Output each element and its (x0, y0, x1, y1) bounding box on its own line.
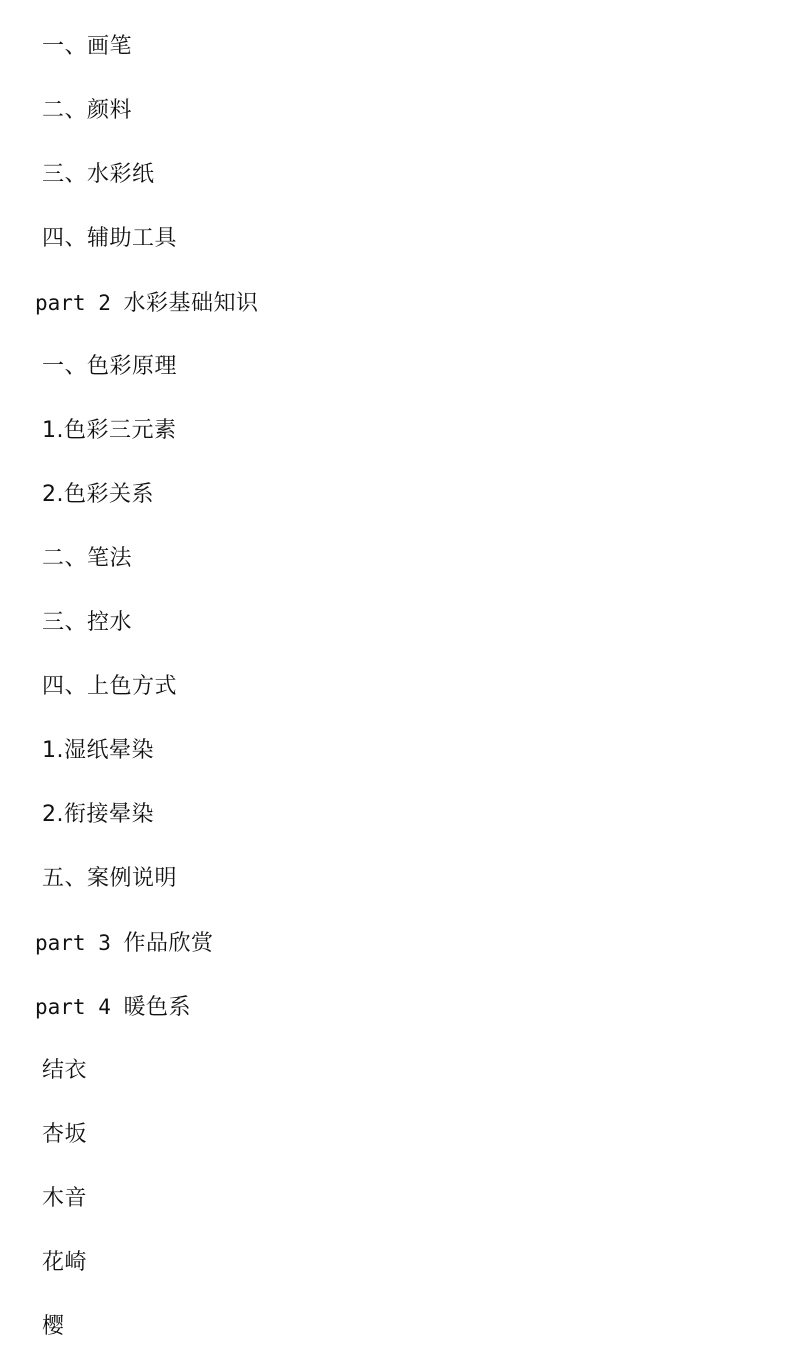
toc-item-paints: 二、颜料 (0, 94, 800, 158)
part-title: 作品欣赏 (124, 931, 214, 956)
part-number: part 4 (35, 995, 124, 1019)
toc-item-color-principles: 一、色彩原理 (0, 350, 800, 414)
toc-part-2-heading: part 2 水彩基础知识 (0, 286, 800, 350)
toc-part-4-heading: part 4 暖色系 (0, 990, 800, 1054)
toc-item-three-color-elements: 1.色彩三元素 (0, 414, 800, 478)
toc-item-water-control: 三、控水 (0, 606, 800, 670)
toc-item-watercolor-paper: 三、水彩纸 (0, 158, 800, 222)
toc-item-coloring-methods: 四、上色方式 (0, 670, 800, 734)
toc-item-hanasaki: 花崎 (0, 1246, 800, 1310)
toc-item-yui: 结衣 (0, 1054, 800, 1118)
toc-item-case-explanation: 五、案例说明 (0, 862, 800, 926)
toc-item-anzaka: 杏坂 (0, 1118, 800, 1182)
toc-item-brushes: 一、画笔 (0, 30, 800, 94)
toc-item-auxiliary-tools: 四、辅助工具 (0, 222, 800, 286)
toc-part-3-heading: part 3 作品欣赏 (0, 926, 800, 990)
toc-item-kinone: 木音 (0, 1182, 800, 1246)
part-title: 水彩基础知识 (124, 291, 259, 316)
toc-item-sakura: 樱 (0, 1310, 800, 1372)
toc-item-color-relationships: 2.色彩关系 (0, 478, 800, 542)
table-of-contents: 一、画笔 二、颜料 三、水彩纸 四、辅助工具 part 2 水彩基础知识 一、色… (0, 30, 800, 1372)
toc-item-wet-paper-blending: 1.湿纸晕染 (0, 734, 800, 798)
part-number: part 2 (35, 291, 124, 315)
part-number: part 3 (35, 931, 124, 955)
toc-item-connected-blending: 2.衔接晕染 (0, 798, 800, 862)
part-title: 暖色系 (124, 995, 192, 1020)
toc-item-brushwork: 二、笔法 (0, 542, 800, 606)
